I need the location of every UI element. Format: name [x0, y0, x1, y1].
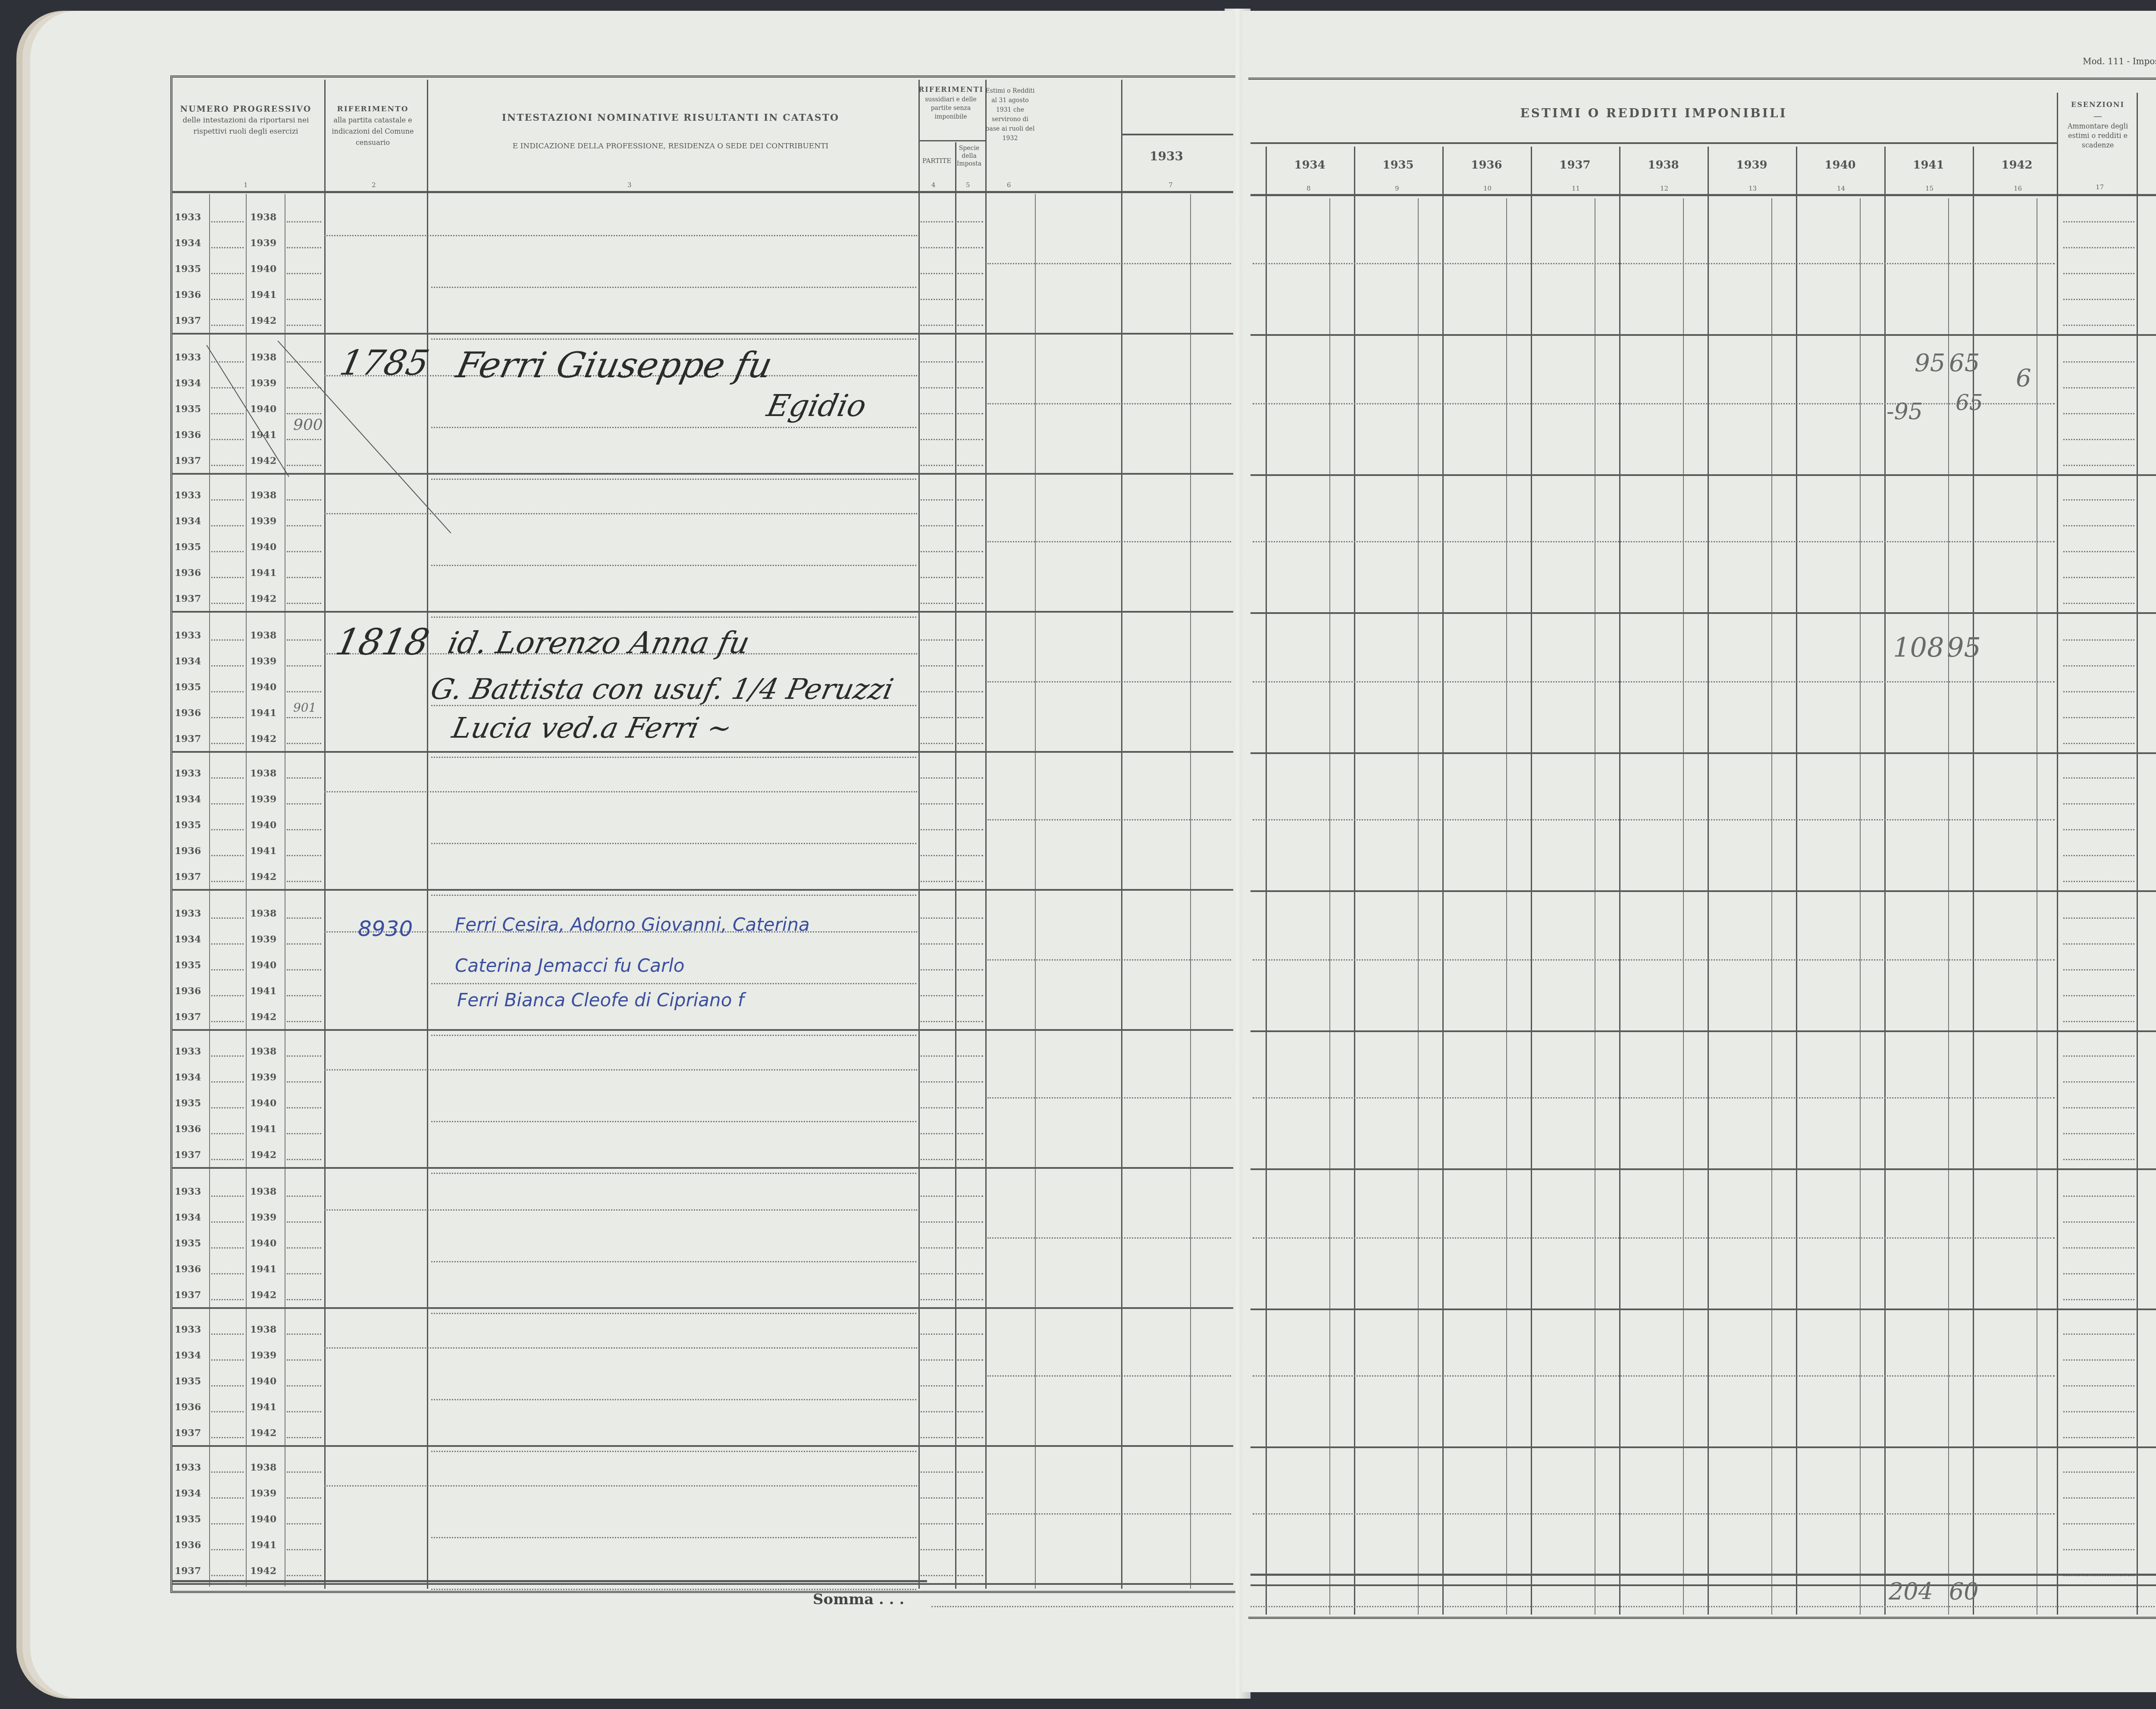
dotted-rule: [211, 273, 244, 274]
year-label-right: 1938: [250, 490, 276, 501]
dotted-rule: [211, 325, 244, 326]
dotted-rule-values-right: [1253, 1097, 2055, 1099]
year-label-left: 1935: [175, 1514, 201, 1525]
header-col45-sub: sussidiari e delle partite senza imponib…: [918, 95, 983, 121]
dotted-rule: [921, 1021, 953, 1022]
dotted-rule-esenzioni: [2063, 743, 2134, 744]
dotted-rule: [921, 413, 953, 414]
dotted-rule: [287, 717, 321, 718]
dotted-rule-esenzioni: [2063, 665, 2134, 667]
dotted-rule: [211, 387, 244, 388]
dotted-rule: [287, 1471, 321, 1473]
dotted-rule-values-right: [1253, 403, 2055, 404]
row4-name-line3: Lucia ved.a Ferri ~: [449, 711, 735, 745]
dotted-rule-name: [431, 338, 916, 340]
dotted-rule: [921, 639, 953, 641]
left-table-frame: [170, 75, 1235, 1593]
vline-year: [1796, 147, 1797, 1615]
dotted-rule: [921, 1196, 953, 1197]
dotted-rule: [287, 361, 321, 363]
dotted-rule: [921, 299, 953, 300]
dotted-rule: [287, 273, 321, 274]
dotted-rule-esenzioni: [2063, 1133, 2134, 1134]
dotted-rule: [211, 1021, 244, 1022]
row6-name-line2: Caterina Jemacci fu Carlo: [455, 955, 685, 976]
dotted-rule-values-left: [987, 819, 1231, 820]
dotted-rule: [921, 325, 953, 326]
dotted-rule: [287, 639, 321, 641]
row2-partita: 1785: [336, 343, 432, 383]
year-label-right: 1942: [250, 1149, 276, 1161]
header-bottom-rule-right: [1250, 194, 2156, 196]
dotted-rule-name: [431, 1261, 916, 1262]
header-col45: RIFERIMENTI sussidiari e delle partite s…: [918, 84, 983, 121]
year-label-left: 1936: [175, 567, 201, 579]
dotted-rule-esenzioni: [2063, 603, 2134, 604]
vline-year: [1354, 147, 1355, 1615]
dotted-rule-values-right: [1253, 1237, 2055, 1239]
dotted-rule: [211, 577, 244, 578]
dotted-rule-name: [431, 1589, 916, 1590]
year-label-right: 1939: [250, 934, 276, 945]
row-separator-right: [1250, 1168, 2156, 1170]
dotted-rule: [287, 387, 321, 388]
dotted-rule: [921, 855, 953, 856]
header-annotazioni: ANNOTAZIONI: [2139, 129, 2156, 141]
year-label-left: 1934: [175, 1350, 201, 1361]
vline-col5-left: [955, 142, 956, 1589]
dotted-rule-esenzioni: [2063, 1549, 2134, 1550]
dotted-rule-esenzioni: [2063, 1247, 2134, 1249]
dotted-rule: [211, 1575, 244, 1576]
year-label-left: 1933: [175, 1462, 201, 1473]
row-separator-right: [1250, 1308, 2156, 1310]
dotted-rule-name: [431, 427, 916, 428]
header-col7: 1933: [1125, 151, 1207, 162]
dotted-rule: [957, 1359, 983, 1361]
dotted-rule-values-right: [1253, 1513, 2055, 1515]
year-label-left: 1936: [175, 1402, 201, 1413]
vline-col6-left: [985, 80, 987, 1589]
dotted-rule: [211, 639, 244, 641]
dotted-rule-esenzioni: [2063, 221, 2134, 222]
vline-year-dec: [1860, 198, 1861, 1615]
year-label-left: 1937: [175, 1290, 201, 1301]
year-label-right: 1939: [250, 1488, 276, 1499]
year-header-1938: 1938: [1619, 160, 1708, 171]
dotted-rule-esenzioni: [2063, 1299, 2134, 1300]
dotted-rule-esenzioni: [2063, 1021, 2134, 1022]
year-label-left: 1933: [175, 1186, 201, 1197]
dotted-rule-esenzioni: [2063, 413, 2134, 414]
year-label-right: 1939: [250, 238, 276, 249]
year-label-right: 1942: [250, 593, 276, 604]
r4-1941-dec: 95: [1947, 632, 1981, 663]
dotted-rule-esenzioni: [2063, 803, 2134, 804]
r4-1941-int: 108: [1893, 632, 1944, 663]
vline-year: [1708, 147, 1709, 1615]
dotted-rule-name: [431, 1399, 916, 1400]
dotted-rule: [211, 743, 244, 744]
dotted-rule: [211, 603, 244, 604]
dotted-rule-esenzioni: [2063, 499, 2134, 501]
dotted-rule: [287, 777, 321, 779]
dotted-rule: [287, 1159, 321, 1160]
year-label-right: 1940: [250, 682, 276, 693]
dotted-rule-name: [431, 757, 916, 758]
dotted-rule: [921, 1575, 953, 1576]
dotted-rule: [957, 273, 983, 274]
dotted-rule-esenzioni: [2063, 299, 2134, 300]
dotted-rule-esenzioni: [2063, 525, 2134, 526]
year-label-left: 1936: [175, 289, 201, 300]
dotted-rule: [921, 1159, 953, 1160]
dotted-rule: [957, 465, 983, 466]
year-label-right: 1939: [250, 1072, 276, 1083]
dotted-rule: [287, 247, 321, 248]
dotted-rule: [287, 465, 321, 466]
year-header-1936: 1936: [1442, 160, 1531, 171]
dotted-rule: [287, 1021, 321, 1022]
year-label-left: 1933: [175, 352, 201, 363]
dotted-rule-values-left: [987, 1375, 1231, 1377]
row-separator-left: [172, 751, 1233, 753]
dotted-rule: [211, 465, 244, 466]
dotted-rule: [957, 1549, 983, 1550]
dotted-rule-esenzioni: [2063, 577, 2134, 578]
dotted-rule: [921, 1055, 953, 1057]
dotted-rule-esenzioni: [2063, 717, 2134, 718]
dotted-rule: [211, 1133, 244, 1134]
dotted-rule: [957, 577, 983, 578]
dotted-rule-name: [324, 513, 917, 514]
dotted-rule: [957, 829, 983, 830]
year-label-left: 1937: [175, 1149, 201, 1161]
header-esenzioni: ESENZIONI — Ammontare degli estimi o red…: [2059, 99, 2137, 150]
somma-dotted-right: [1250, 1606, 2156, 1607]
year-label-right: 1938: [250, 768, 276, 779]
vline-year-dec: [2037, 198, 2037, 1615]
dotted-rule: [921, 881, 953, 882]
year-label-left: 1933: [175, 630, 201, 641]
year-label-right: 1939: [250, 516, 276, 527]
dotted-rule: [921, 465, 953, 466]
year-label-right: 1940: [250, 960, 276, 971]
row6-partita: 8930: [358, 916, 413, 941]
vline-year: [1442, 147, 1444, 1615]
dotted-rule: [287, 1385, 321, 1387]
dotted-rule: [211, 499, 244, 501]
year-label-left: 1936: [175, 707, 201, 719]
esenzioni-title: ESENZIONI: [2059, 99, 2137, 110]
vline-year-dec: [1771, 198, 1772, 1615]
dotted-rule: [921, 603, 953, 604]
year-header-1935: 1935: [1354, 160, 1442, 171]
header-mid-rule-col7: [1121, 134, 1233, 135]
year-label-left: 1933: [175, 1324, 201, 1335]
dotted-rule: [287, 1081, 321, 1083]
dotted-rule-name: [431, 1035, 916, 1036]
vline-year-dec: [1683, 198, 1684, 1615]
year-label-right: 1942: [250, 315, 276, 326]
year-label-right: 1942: [250, 1011, 276, 1023]
dotted-rule-esenzioni: [2063, 1411, 2134, 1412]
year-label-right: 1942: [250, 1565, 276, 1577]
dotted-rule: [211, 691, 244, 692]
dotted-rule: [287, 299, 321, 300]
dotted-rule: [287, 413, 321, 414]
year-label-right: 1940: [250, 541, 276, 553]
dotted-rule-esenzioni: [2063, 1471, 2134, 1473]
year-label-left: 1935: [175, 263, 201, 275]
dotted-rule: [287, 325, 321, 326]
year-label-left: 1936: [175, 1540, 201, 1551]
year-header-1939: 1939: [1708, 160, 1796, 171]
dotted-rule-esenzioni: [2063, 1081, 2134, 1083]
dotted-rule: [211, 1549, 244, 1550]
year-label-left: 1935: [175, 1098, 201, 1109]
dotted-rule: [921, 361, 953, 363]
somma-1941-int: 204: [1889, 1578, 1933, 1605]
dotted-rule: [287, 691, 321, 692]
dotted-rule: [211, 995, 244, 996]
dotted-rule: [211, 525, 244, 526]
dotted-rule-esenzioni: [2063, 1196, 2134, 1197]
year-colnum: 11: [1572, 185, 1580, 192]
year-label-left: 1935: [175, 541, 201, 553]
dotted-rule: [287, 577, 321, 578]
dotted-rule: [211, 299, 244, 300]
year-header-1941: 1941: [1884, 160, 1973, 171]
row-separator-right: [1250, 890, 2156, 892]
dotted-rule: [287, 1523, 321, 1524]
year-label-right: 1940: [250, 404, 276, 415]
dotted-rule: [211, 855, 244, 856]
dotted-rule: [957, 1575, 983, 1576]
dotted-rule-esenzioni: [2063, 995, 2134, 996]
dotted-rule: [211, 1055, 244, 1057]
row6-name-line1: Ferri Cesira, Adorno Giovanni, Caterina: [455, 914, 810, 935]
dotted-rule: [957, 855, 983, 856]
right-table-frame: [1248, 78, 2156, 1619]
year-label-right: 1941: [250, 1402, 276, 1413]
dotted-rule: [957, 499, 983, 501]
dotted-rule-esenzioni: [2063, 777, 2134, 779]
year-label-right: 1939: [250, 794, 276, 805]
dotted-rule: [921, 743, 953, 744]
dotted-rule-esenzioni: [2063, 1523, 2134, 1524]
dotted-rule: [211, 1523, 244, 1524]
year-label-left: 1937: [175, 1427, 201, 1439]
dotted-rule-name: [431, 1173, 916, 1174]
row-separator-right: [1250, 612, 2156, 614]
dotted-rule: [957, 525, 983, 526]
dotted-rule-name: [431, 565, 916, 566]
header-mid-rule-col45: [918, 140, 985, 141]
dotted-rule: [287, 439, 321, 440]
dotted-rule: [287, 665, 321, 667]
dotted-rule-name: [431, 1313, 916, 1314]
dotted-rule: [957, 551, 983, 552]
dotted-rule-name: [431, 843, 916, 844]
dotted-rule: [921, 1549, 953, 1550]
dotted-rule: [921, 1523, 953, 1524]
year-label-right: 1938: [250, 1186, 276, 1197]
dotted-rule-esenzioni: [2063, 1437, 2134, 1438]
dotted-rule: [211, 777, 244, 779]
bottom-rule-right: [1250, 1574, 2156, 1576]
r2-1941-dec2: 65: [1955, 390, 1983, 415]
header-col6: Estimi o Redditi al 31 agosto 1931 che s…: [985, 86, 1035, 143]
dotted-rule: [921, 1471, 953, 1473]
dotted-rule: [921, 1299, 953, 1300]
dotted-rule-esenzioni: [2063, 1497, 2134, 1499]
dotted-rule: [921, 247, 953, 248]
dotted-rule: [957, 221, 983, 222]
row-separator-right: [1250, 474, 2156, 476]
dotted-rule: [287, 603, 321, 604]
colnum-4: 4: [931, 181, 936, 189]
year-label-left: 1934: [175, 378, 201, 389]
year-label-left: 1933: [175, 908, 201, 919]
dotted-rule: [921, 1437, 953, 1438]
year-colnum: 10: [1483, 185, 1492, 192]
dotted-rule: [211, 917, 244, 919]
dotted-rule: [211, 1159, 244, 1160]
header-col3-sub: E INDICAZIONE DELLA PROFESSIONE, RESIDEN…: [427, 141, 914, 152]
dotted-rule: [287, 1575, 321, 1576]
dotted-rule-esenzioni: [2063, 439, 2134, 440]
dotted-rule: [211, 1221, 244, 1223]
header-col45-title: RIFERIMENTI: [918, 84, 983, 95]
dotted-rule: [957, 1221, 983, 1223]
year-label-right: 1939: [250, 656, 276, 667]
year-label-right: 1940: [250, 1514, 276, 1525]
dotted-rule: [957, 1437, 983, 1438]
year-label-left: 1935: [175, 1376, 201, 1387]
dotted-rule: [921, 1333, 953, 1335]
dotted-rule: [211, 1497, 244, 1499]
header-estimi: ESTIMI O REDDITI IMPONIBILI: [1250, 108, 2057, 119]
colnum-1: 1: [244, 181, 248, 189]
dotted-rule-name: [431, 983, 916, 984]
dotted-rule: [957, 1523, 983, 1524]
header-col2-sub: alla partita catastale e indicazioni del…: [324, 115, 421, 148]
vline-year: [1884, 147, 1886, 1615]
year-label-right: 1942: [250, 1427, 276, 1439]
dotted-rule-esenzioni: [2063, 1055, 2134, 1057]
dotted-rule: [921, 1359, 953, 1361]
year-label-right: 1940: [250, 263, 276, 275]
row-separator-left: [172, 1029, 1233, 1031]
dotted-rule: [957, 881, 983, 882]
dotted-rule-values-right: [1253, 1375, 2055, 1377]
year-label-left: 1937: [175, 733, 201, 745]
form-identifier: Mod. 111 - Imposte Dirette (Intercalare)…: [2083, 56, 2156, 66]
year-label-right: 1941: [250, 986, 276, 997]
row4-ref: 901: [293, 701, 316, 715]
dotted-rule-esenzioni: [2063, 969, 2134, 970]
dotted-rule: [957, 969, 983, 970]
somma-label: Somma . . .: [813, 1591, 904, 1608]
header-col2: RIFERIMENTO alla partita catastale e ind…: [324, 103, 421, 148]
dotted-rule: [957, 717, 983, 718]
header-bottom-rule-left: [172, 191, 1233, 193]
dotted-rule: [211, 1196, 244, 1197]
dotted-rule: [287, 743, 321, 744]
row-separator-left: [172, 1167, 1233, 1169]
dotted-rule-esenzioni: [2063, 943, 2134, 945]
dotted-rule-esenzioni: [2063, 855, 2134, 856]
row4-name-line1: id. Lorenzo Anna fu: [445, 625, 753, 660]
dotted-rule: [921, 273, 953, 274]
dotted-rule-name: [431, 1121, 916, 1122]
year-label-right: 1939: [250, 378, 276, 389]
dotted-rule: [287, 525, 321, 526]
dotted-rule: [921, 1133, 953, 1134]
dotted-rule: [957, 1411, 983, 1412]
year-label-right: 1941: [250, 1264, 276, 1275]
dotted-rule: [957, 917, 983, 919]
dotted-rule: [287, 943, 321, 945]
year-header-1942: 1942: [1973, 160, 2061, 171]
dotted-rule-esenzioni: [2063, 1159, 2134, 1160]
vline-year-dec: [1948, 198, 1949, 1615]
dotted-rule: [921, 665, 953, 667]
row-separator-left: [172, 473, 1233, 475]
dotted-rule: [957, 1471, 983, 1473]
dotted-rule: [957, 777, 983, 779]
year-label-right: 1941: [250, 1124, 276, 1135]
dotted-rule: [957, 439, 983, 440]
vline-year-dec: [1329, 198, 1330, 1615]
year-label-left: 1933: [175, 490, 201, 501]
year-label-right: 1940: [250, 820, 276, 831]
dotted-rule: [957, 1081, 983, 1083]
row-separator-right: [1250, 334, 2156, 336]
year-label-left: 1936: [175, 845, 201, 857]
year-label-left: 1937: [175, 593, 201, 604]
header-col3: INTESTAZIONI NOMINATIVE RISULTANTI IN CA…: [427, 112, 914, 152]
dotted-rule: [287, 1497, 321, 1499]
dotted-rule: [287, 881, 321, 882]
header-col1: NUMERO PROGRESSIVO delle intestazioni da…: [172, 103, 319, 137]
dotted-rule: [287, 1196, 321, 1197]
row-separator-right: [1250, 1584, 2156, 1586]
dotted-rule: [211, 1107, 244, 1108]
dotted-rule: [921, 943, 953, 945]
dotted-rule: [921, 969, 953, 970]
year-label-left: 1933: [175, 768, 201, 779]
dotted-rule: [921, 1247, 953, 1249]
year-label-right: 1938: [250, 908, 276, 919]
year-label-left: 1935: [175, 682, 201, 693]
dotted-rule: [211, 1299, 244, 1300]
dotted-rule: [921, 717, 953, 718]
r2-1941-int2: -95: [1887, 399, 1923, 425]
dotted-rule-esenzioni: [2063, 1273, 2134, 1274]
dotted-rule: [211, 1247, 244, 1249]
dotted-rule-esenzioni: [2063, 1359, 2134, 1361]
dotted-rule: [921, 995, 953, 996]
dotted-rule: [921, 1221, 953, 1223]
year-label-left: 1934: [175, 1488, 201, 1499]
year-label-right: 1940: [250, 1376, 276, 1387]
dotted-rule: [921, 1273, 953, 1274]
r2-1942-mark: 6: [2016, 364, 2031, 392]
dotted-rule: [211, 665, 244, 667]
dotted-rule: [211, 439, 244, 440]
